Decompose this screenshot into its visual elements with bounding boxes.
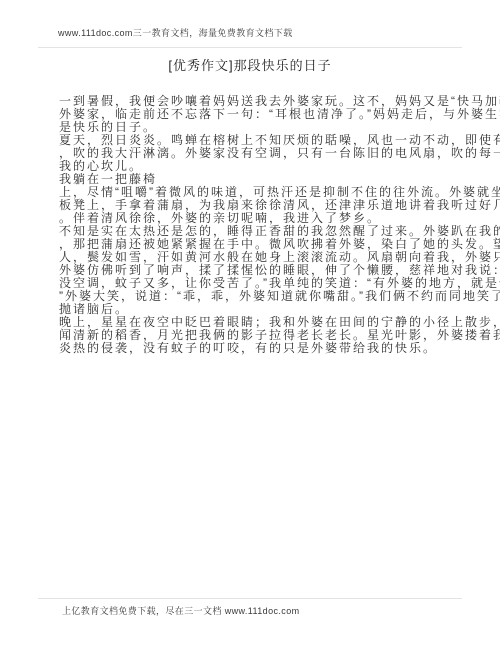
body-line: 炎热的侵袭，没有蚊子的叮咬，有的只是外婆带给我的快乐。 [59,342,467,355]
page-footer: 上亿教育文档免费下载，尽在三一文档 www.111doc.com [62,606,300,617]
footer-divider [38,598,462,599]
page-header: www.111doc.com三一教育文档，海量免费教育文档下载 [58,28,293,39]
document-page: www.111doc.com三一教育文档，海量免费教育文档下载 [优秀作文]那段… [0,0,500,647]
page-title: [优秀作文]那段快乐的日子 [0,58,500,74]
header-divider [38,47,462,48]
essay-body: 一到暑假，我便会吵嚷着妈妈送我去外婆家玩。这不，妈妈又是“快马加鞭”，把我送去 … [59,95,467,355]
